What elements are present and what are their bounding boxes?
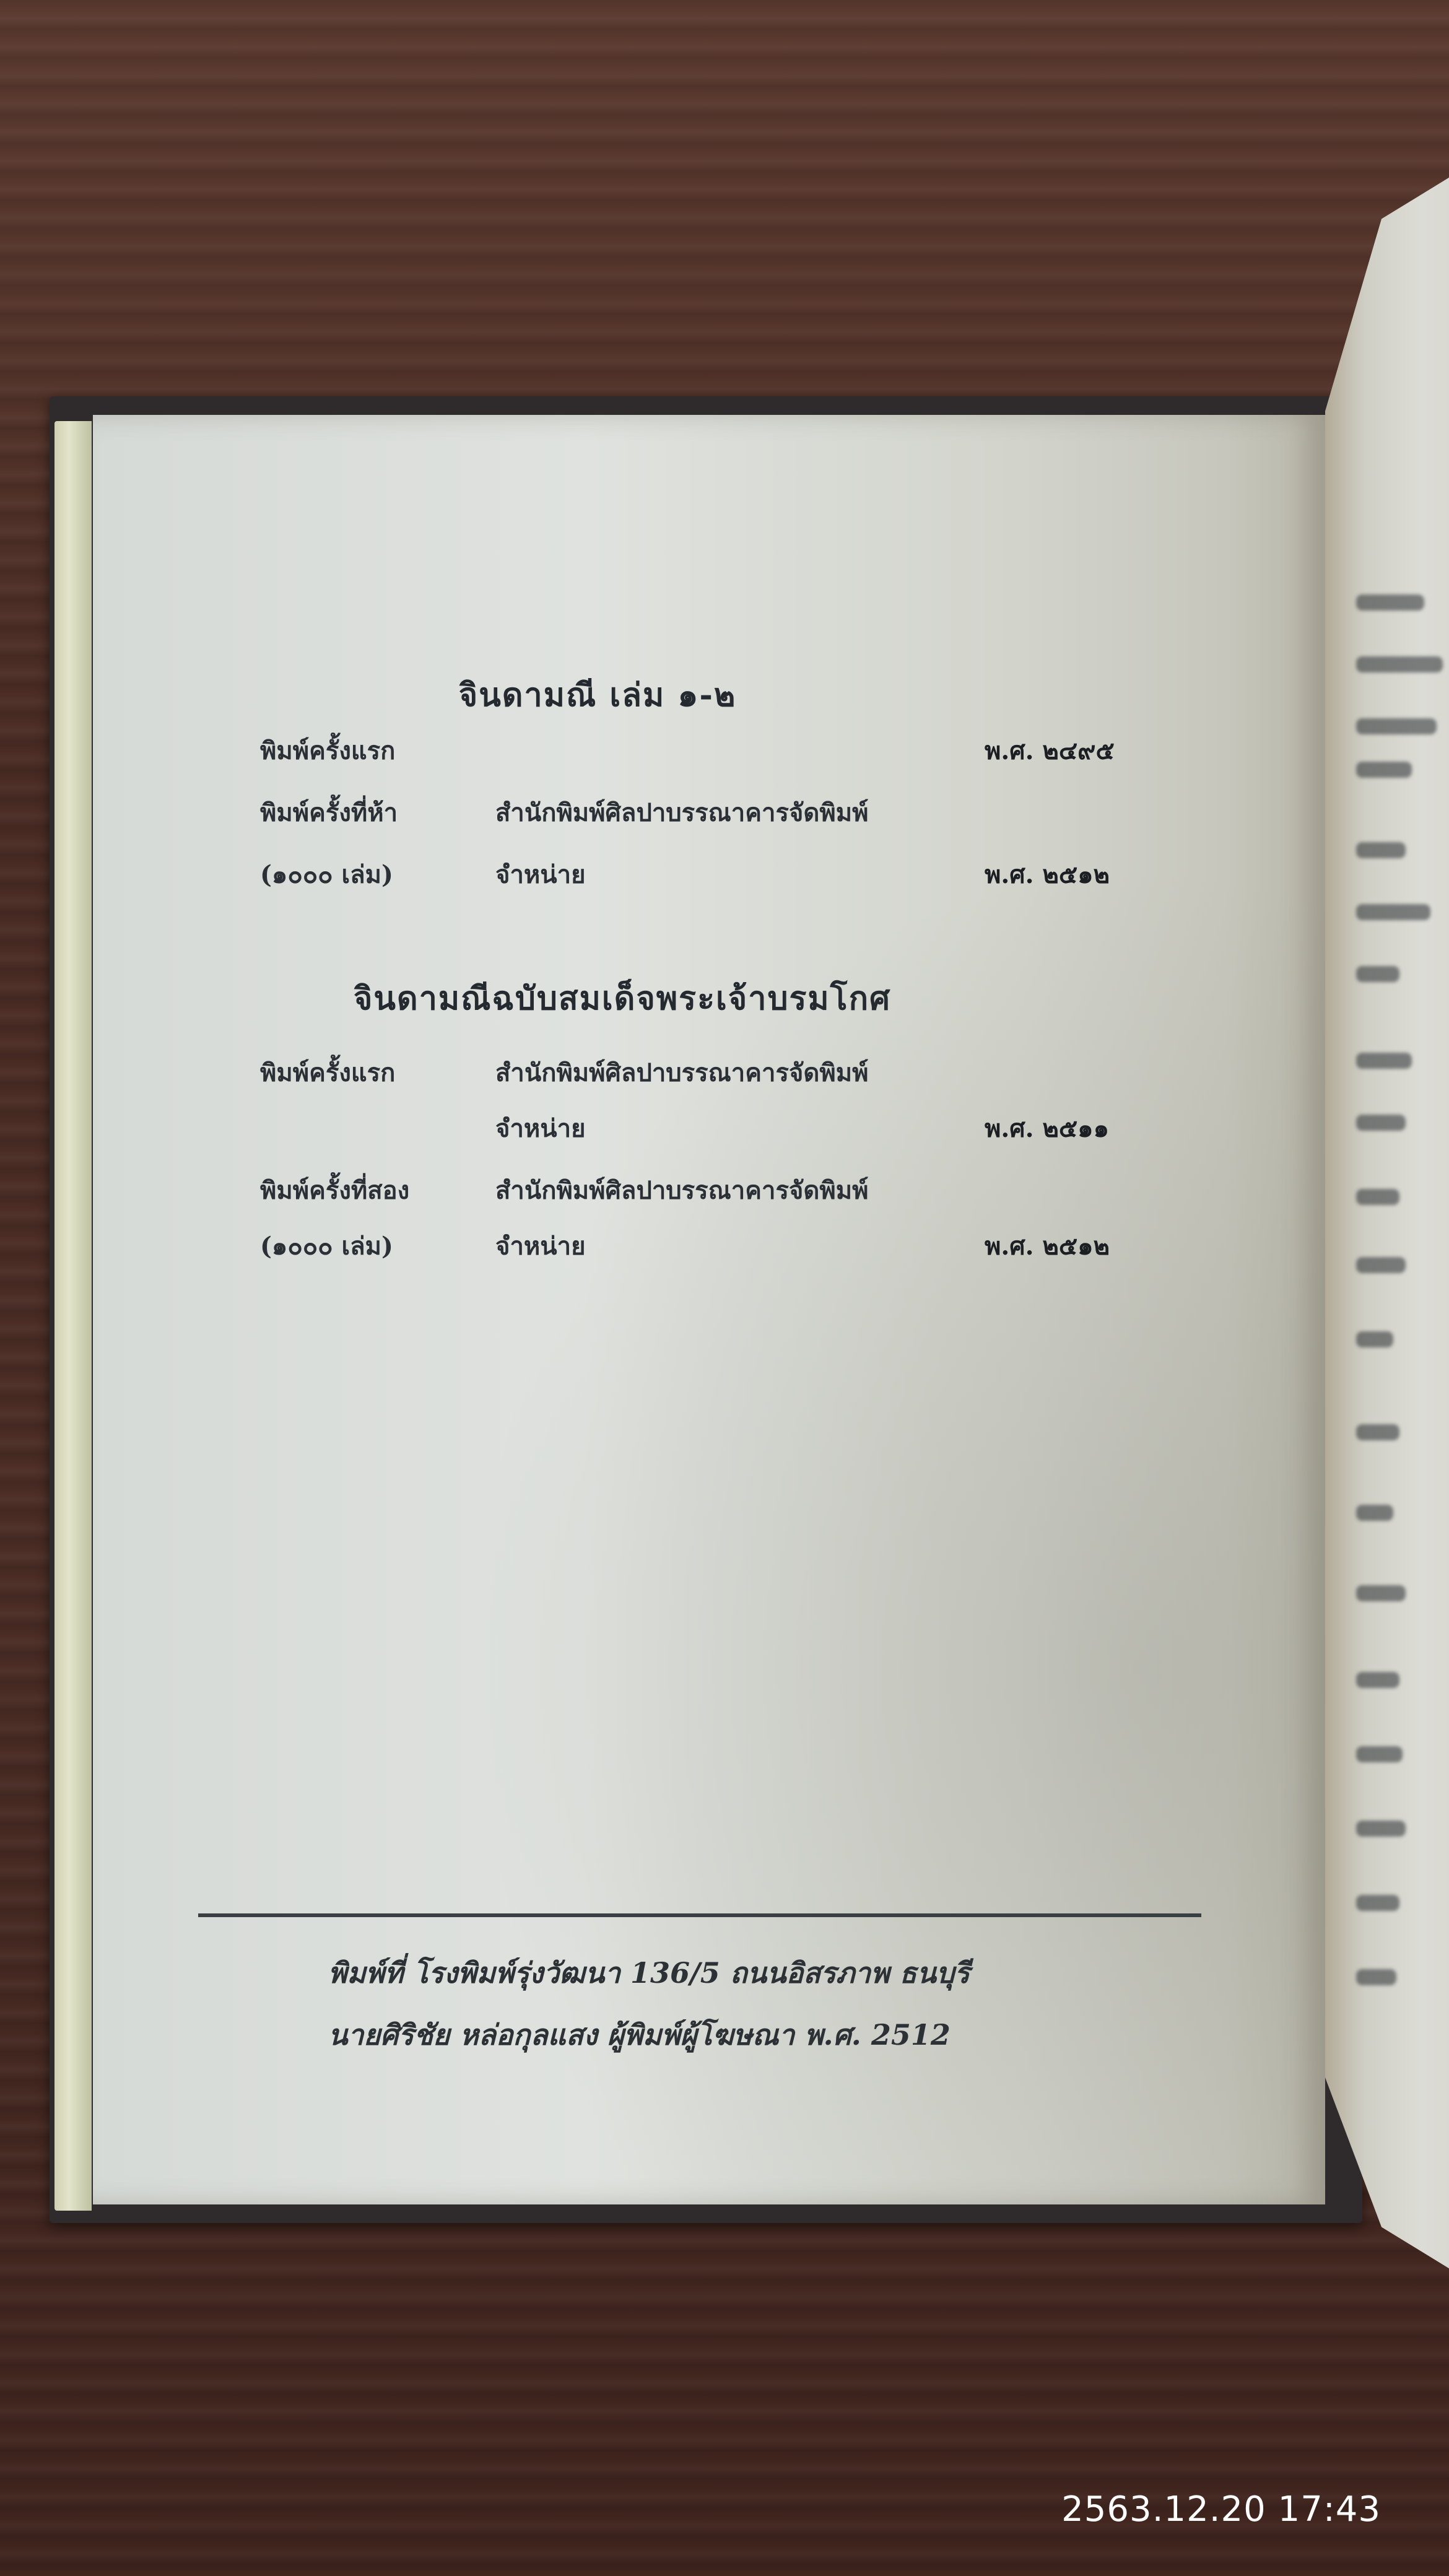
right-page-text-fragment	[1356, 966, 1399, 982]
edition-label: พิมพ์ครั้งแรก	[260, 731, 395, 770]
right-page-text-fragment	[1356, 1053, 1412, 1069]
edition-year: พ.ศ. ๒๕๑๒	[985, 1226, 1110, 1266]
edition-description: สำนักพิมพ์ศิลปาบรรณาคารจัดพิมพ์	[495, 793, 868, 832]
edition-row: พิมพ์ครั้งที่ห้า สำนักพิมพ์ศิลปาบรรณาคาร…	[260, 793, 1251, 830]
edition-row: พิมพ์ครั้งที่สอง สำนักพิมพ์ศิลปาบรรณาคาร…	[260, 1170, 1251, 1207]
photo-timestamp: 2563.12.20 17:43	[1061, 2489, 1381, 2530]
right-page-text-fragment	[1356, 1969, 1396, 1985]
edition-row: จำหน่าย พ.ศ. ๒๕๑๑	[260, 1108, 1251, 1146]
edition-label: (๑๐๐๐ เล่ม)	[260, 855, 393, 894]
edition-description: จำหน่าย	[495, 1226, 586, 1266]
edition-description: สำนักพิมพ์ศิลปาบรรณาคารจัดพิมพ์	[495, 1170, 868, 1210]
right-page-text-fragment	[1356, 1505, 1393, 1521]
right-page-text-fragment	[1356, 1189, 1399, 1205]
edition-description: จำหน่าย	[495, 1108, 586, 1148]
printer-publisher: นายศิริชัย หล่อกุลแสง ผู้พิมพ์ผู้โฆษณา พ…	[328, 2012, 1195, 2058]
edition-year: พ.ศ. ๒๕๑๑	[985, 1108, 1109, 1148]
right-page-text-fragment	[1356, 594, 1424, 611]
right-page-text-fragment	[1356, 1424, 1399, 1440]
edition-year: พ.ศ. ๒๔๙๕	[985, 731, 1115, 770]
colophon-divider	[198, 1913, 1201, 1917]
right-page-text-fragment	[1356, 1585, 1406, 1601]
edition-row: พิมพ์ครั้งแรก สำนักพิมพ์ศิลปาบรรณาคารจัด…	[260, 1053, 1251, 1090]
section-1-title: จินดามณี เล่ม ๑-๒	[0, 669, 1214, 720]
right-page-text-fragment	[1356, 1895, 1399, 1911]
right-page-text-fragment	[1356, 904, 1430, 920]
edition-label: พิมพ์ครั้งแรก	[260, 1053, 395, 1092]
left-page: จินดามณี เล่ม ๑-๒ พิมพ์ครั้งแรก พ.ศ. ๒๔๙…	[93, 415, 1325, 2204]
edition-row: (๑๐๐๐ เล่ม) จำหน่าย พ.ศ. ๒๕๑๒	[260, 1226, 1251, 1263]
section-2-title: จินดามณีฉบับสมเด็จพระเจ้าบรมโกศ	[6, 972, 1238, 1024]
edition-label: พิมพ์ครั้งที่ห้า	[260, 793, 398, 832]
right-page-text-fragment	[1356, 1331, 1393, 1347]
right-page-text-fragment	[1356, 656, 1443, 672]
right-page-text-fragment	[1356, 842, 1406, 858]
edition-year: พ.ศ. ๒๕๑๒	[985, 855, 1110, 894]
edition-description: สำนักพิมพ์ศิลปาบรรณาคารจัดพิมพ์	[495, 1053, 868, 1092]
edition-description: จำหน่าย	[495, 855, 586, 894]
printer-address: พิมพ์ที่ โรงพิมพ์รุ่งวัฒนา 136/5 ถนนอิสร…	[328, 1951, 1195, 1996]
edition-label: พิมพ์ครั้งที่สอง	[260, 1170, 409, 1210]
right-page-text-fragment	[1356, 718, 1437, 734]
right-page-text-fragment	[1356, 1746, 1403, 1762]
edition-label: (๑๐๐๐ เล่ม)	[260, 1226, 393, 1266]
edition-row: (๑๐๐๐ เล่ม) จำหน่าย พ.ศ. ๒๕๑๒	[260, 855, 1251, 892]
colophon-page-content: จินดามณี เล่ม ๑-๒ พิมพ์ครั้งแรก พ.ศ. ๒๔๙…	[93, 415, 1325, 2204]
right-page-text-fragment	[1356, 1672, 1399, 1688]
right-page-text-fragment	[1356, 1115, 1406, 1131]
edition-row: พิมพ์ครั้งแรก พ.ศ. ๒๔๙๕	[260, 731, 1251, 768]
right-page-text-fragment	[1356, 1257, 1406, 1273]
right-page-text-fragment	[1356, 1821, 1406, 1837]
right-page-text-fragment	[1356, 762, 1412, 778]
